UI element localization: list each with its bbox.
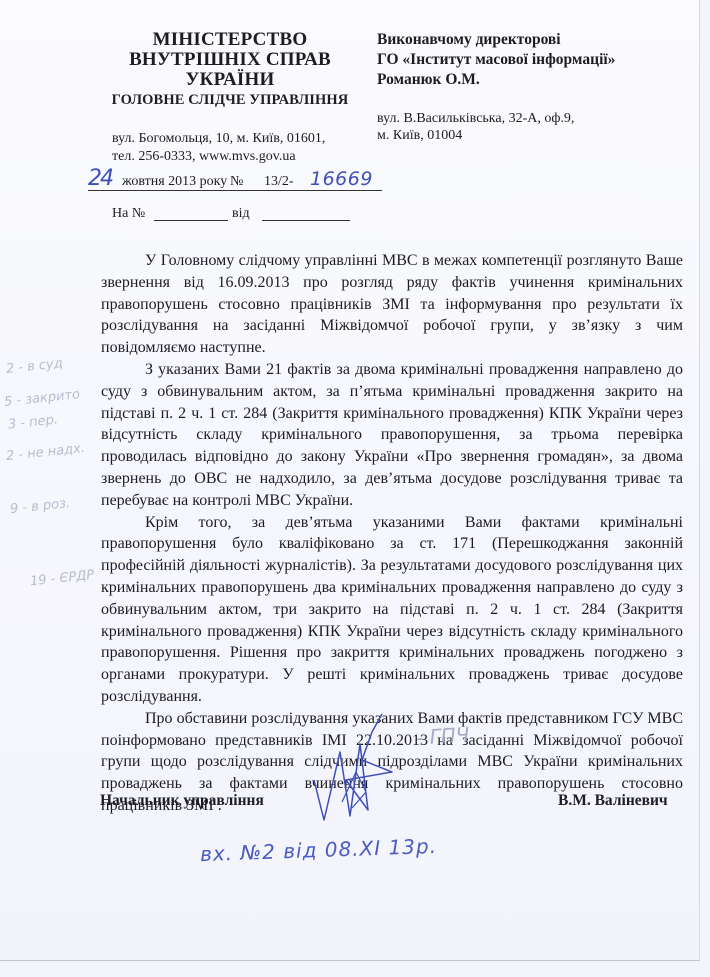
body-paragraph-1: У Головному слідчому управлінні МВС в ме… — [101, 250, 683, 359]
recipient-address-line-2: м. Київ, 01004 — [377, 127, 697, 144]
margin-note-register: 19 - ЄРДР — [29, 569, 95, 590]
ministry-name-line-2: ВНУТРІШНІХ СПРАВ — [100, 50, 360, 70]
recipient-block: Виконавчому директорові ГО «Інститут мас… — [377, 30, 697, 144]
sender-address: вул. Богомольця, 10, м. Київ, 01601, тел… — [112, 130, 325, 166]
ministry-name-line-1: МІНІСТЕРСТВО — [100, 30, 360, 50]
signature-icon — [312, 712, 402, 822]
incoming-registration-note: вх. №2 від 08.ХІ 13р. — [200, 834, 438, 866]
recipient-address-line-1: вул. В.Васильківська, 32-А, оф.9, — [377, 110, 697, 127]
body-paragraph-3: Крім того, за дев’ятьма указаними Вами ф… — [101, 512, 683, 708]
reference-date-blank — [262, 220, 350, 221]
number-underline — [264, 190, 382, 191]
margin-note-closed: 5 - закрито — [3, 388, 80, 410]
number-sign: № — [230, 174, 243, 190]
ministry-name-line-3: УКРАЇНИ — [100, 70, 360, 90]
reference-row: На № від — [112, 206, 372, 226]
margin-note-not-received: 2 - не надх. — [5, 442, 85, 464]
outgoing-number-prefix: 13/2- — [264, 174, 294, 190]
sender-address-line-2: тел. 256-0333, www.mvs.gov.ua — [112, 148, 325, 166]
pencil-annotation: - ГПЧ — [415, 722, 470, 750]
recipient-title: Виконавчому директорові — [377, 30, 697, 50]
signer-title: Начальник управління — [100, 792, 264, 810]
letter-page: МІНІСТЕРСТВО ВНУТРІШНІХ СПРАВ УКРАЇНИ ГО… — [0, 0, 700, 961]
handwritten-outgoing-number: 16669 — [310, 168, 373, 190]
margin-note-court: 2 - в суд — [5, 357, 63, 377]
reference-number-blank — [154, 220, 228, 221]
signer-name: В.М. Валіневич — [558, 792, 668, 810]
outgoing-date-number: 24 жовтня 2013 року № 13/2- 16669 — [88, 172, 388, 196]
date-underline — [88, 190, 288, 191]
body-paragraph-2: З указаних Вами 21 фактів за двома кримі… — [101, 359, 683, 512]
recipient-name: Романюк О.М. — [377, 70, 697, 90]
recipient-address: вул. В.Васильківська, 32-А, оф.9, м. Киї… — [377, 110, 697, 144]
outgoing-month-year: жовтня 2013 року — [122, 174, 227, 190]
sender-address-line-1: вул. Богомольця, 10, м. Київ, 01601, — [112, 130, 325, 148]
reference-date-label: від — [232, 206, 250, 222]
sender-header: МІНІСТЕРСТВО ВНУТРІШНІХ СПРАВ УКРАЇНИ ГО… — [100, 30, 360, 109]
department-name: ГОЛОВНЕ СЛІДЧЕ УПРАВЛІННЯ — [100, 92, 360, 109]
handwritten-day: 24 — [88, 166, 112, 191]
reference-number-label: На № — [112, 206, 145, 222]
margin-note-checked: 3 - пер. — [7, 413, 58, 432]
recipient-organization: ГО «Інститут масової інформації» — [377, 50, 697, 70]
margin-note-investigation: 9 - в роз. — [9, 497, 70, 517]
